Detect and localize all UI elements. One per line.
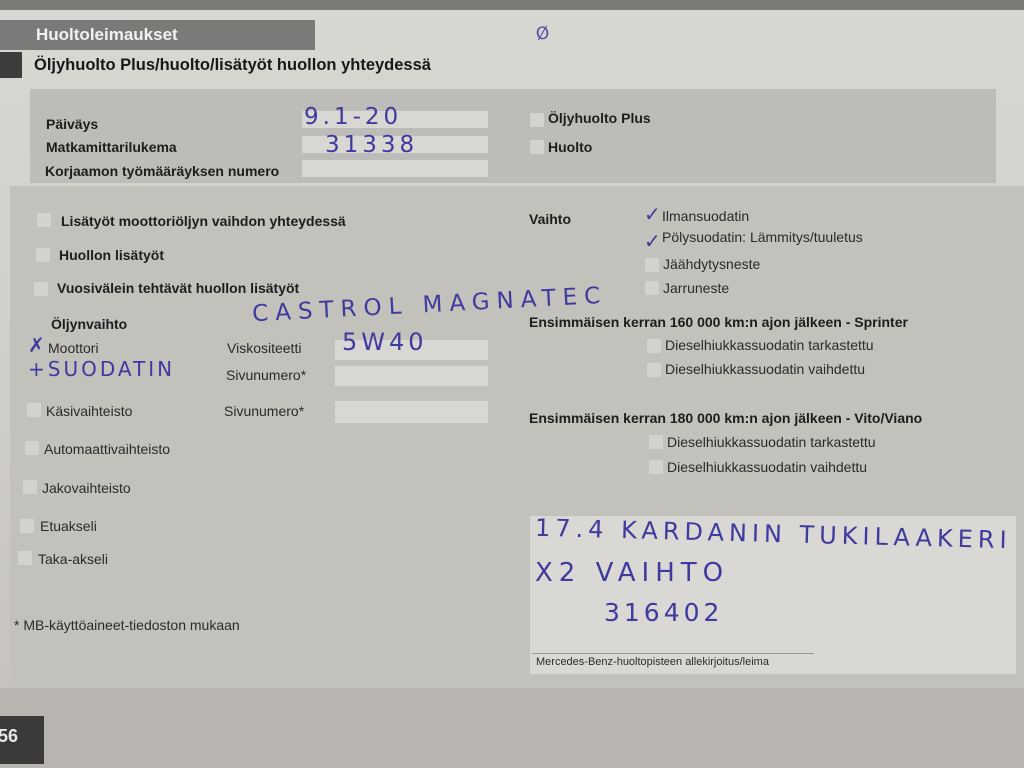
sprinter-dpf-inspected-checkbox[interactable] (647, 339, 661, 353)
manual-gearbox-label: Käsivaihteisto (46, 403, 132, 419)
sprinter-heading: Ensimmäisen kerran 160 000 km:n ajon jäl… (529, 314, 908, 330)
pollen-filter-label: Pölysuodatin: Lämmitys/tuuletus (662, 229, 863, 245)
section-tab: Huoltoleimaukset (0, 20, 315, 50)
page-number-field-1[interactable] (335, 366, 488, 386)
handwritten-note-line-2: X2 VAIHTO (535, 558, 729, 588)
brake-fluid-label: Jarruneste (663, 280, 729, 296)
engine-filter-note: +SUODATIN (28, 357, 175, 381)
viscosity-label: Viskositeetti (227, 340, 301, 356)
title-marker (0, 52, 22, 78)
sprinter-dpf-replaced-checkbox[interactable] (647, 363, 661, 377)
brake-fluid-checkbox[interactable] (645, 281, 659, 295)
annual-extra-work-checkbox[interactable] (34, 282, 48, 296)
oil-service-plus-label: Öljyhuolto Plus (548, 110, 651, 126)
vito-dpf-inspected-label: Dieselhiukkassuodatin tarkastettu (667, 434, 876, 450)
signature-caption: Mercedes-Benz-huoltopisteen allekirjoitu… (536, 656, 769, 668)
manual-gearbox-checkbox[interactable] (27, 403, 41, 417)
page-number-label-2: Sivunumero* (224, 403, 304, 419)
page-bottom-edge (0, 688, 1024, 768)
footnote: * MB-käyttöaineet-tiedoston mukaan (14, 617, 240, 633)
extra-work-oil-change-label: Lisätyöt moottoriöljyn vaihdon yhteydess… (61, 213, 346, 229)
page-title: Öljyhuolto Plus/huolto/lisätyöt huollon … (34, 56, 431, 75)
service-checkbox[interactable] (530, 140, 544, 154)
date-value: 9.1-20 (304, 104, 402, 130)
vito-dpf-replaced-checkbox[interactable] (649, 460, 663, 474)
viscosity-value: 5W40 (342, 328, 428, 356)
vito-dpf-inspected-checkbox[interactable] (649, 435, 663, 449)
annual-extra-work-label: Vuosivälein tehtävät huollon lisätyöt (57, 280, 299, 296)
coolant-checkbox[interactable] (645, 258, 659, 272)
replacement-heading: Vaihto (529, 211, 571, 227)
signature-line (532, 653, 814, 654)
extra-work-oil-change-checkbox[interactable] (37, 213, 51, 227)
automatic-gearbox-label: Automaattivaihteisto (44, 441, 170, 457)
handwritten-note-line-3: 316402 (604, 598, 723, 627)
work-order-field[interactable] (302, 160, 488, 177)
sprinter-dpf-replaced-label: Dieselhiukkassuodatin vaihdettu (665, 361, 865, 377)
vito-dpf-replaced-label: Dieselhiukkassuodatin vaihdettu (667, 459, 867, 475)
front-axle-checkbox[interactable] (20, 519, 34, 533)
engine-check-mark: ✗ (28, 335, 45, 355)
oil-service-plus-checkbox[interactable] (530, 113, 544, 127)
odometer-label: Matkamittarilukema (46, 139, 177, 155)
rear-axle-label: Taka-akseli (38, 551, 108, 567)
air-filter-check-mark: ✓ (644, 204, 661, 224)
pollen-filter-check-mark: ✓ (644, 231, 661, 251)
transfer-case-label: Jakovaihteisto (42, 480, 131, 496)
coolant-label: Jäähdytysneste (663, 256, 760, 272)
service-label: Huolto (548, 139, 592, 155)
page-number: 56 (0, 716, 44, 764)
automatic-gearbox-checkbox[interactable] (25, 441, 39, 455)
page-number-field-2[interactable] (335, 401, 488, 423)
work-order-label: Korjaamon työmääräyksen numero (45, 163, 279, 179)
vito-heading: Ensimmäisen kerran 180 000 km:n ajon jäl… (529, 410, 922, 426)
oil-change-heading: Öljynvaihto (51, 316, 127, 332)
service-extra-work-label: Huollon lisätyöt (59, 247, 164, 263)
air-filter-label: Ilmansuodatin (662, 208, 749, 224)
handwritten-corner-mark: Ø (534, 23, 551, 45)
service-extra-work-checkbox[interactable] (36, 248, 50, 262)
date-label: Päiväys (46, 116, 98, 132)
service-booklet-page: Huoltoleimaukset Öljyhuolto Plus/huolto/… (0, 0, 1024, 768)
engine-label: Moottori (48, 340, 99, 356)
odometer-value: 31338 (325, 132, 418, 158)
front-axle-label: Etuakseli (40, 518, 97, 534)
rear-axle-checkbox[interactable] (18, 551, 32, 565)
transfer-case-checkbox[interactable] (23, 480, 37, 494)
page-number-label-1: Sivunumero* (226, 367, 306, 383)
sprinter-dpf-inspected-label: Dieselhiukkassuodatin tarkastettu (665, 337, 874, 353)
previous-page-edge (0, 0, 1024, 10)
